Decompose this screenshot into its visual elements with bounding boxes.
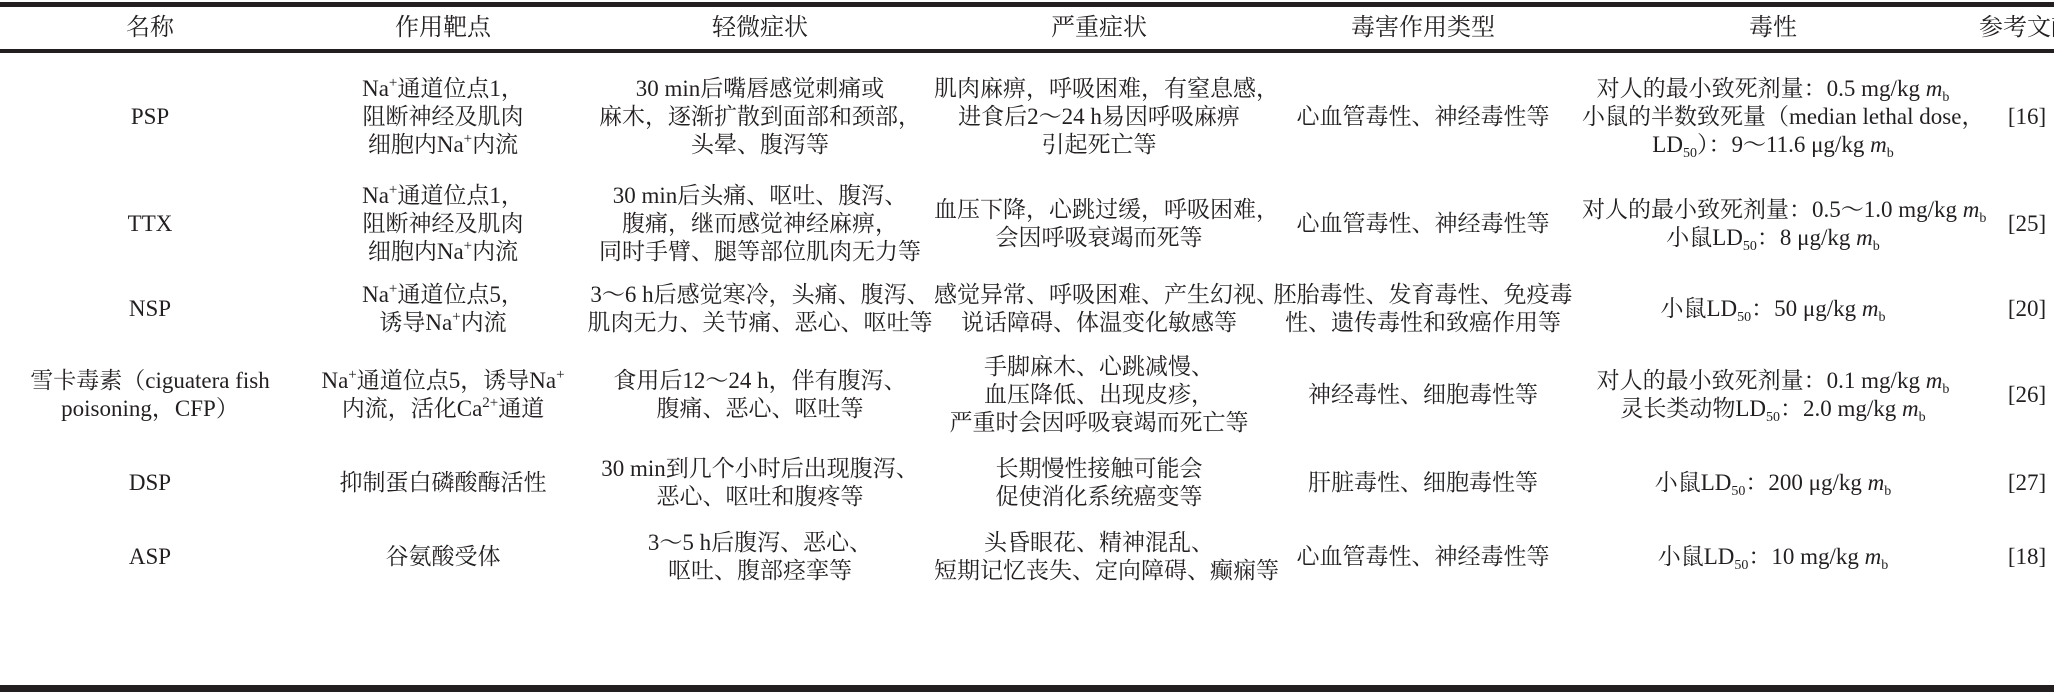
- cell-line: 腹痛，继而感觉神经麻痹，: [586, 210, 934, 238]
- cell-toxicity: 小鼠LD50：50 μg/kg mb: [1582, 273, 1964, 345]
- cell-line: 促使消化系统癌变等: [934, 483, 1264, 511]
- cell-line: 灵长类动物LD50：2.0 mg/kg mb: [1582, 395, 1964, 423]
- cell-line: 麻木，逐渐扩散到面部和颈部，: [586, 103, 934, 131]
- cell-line: 3～5 h后腹泻、恶心、: [586, 529, 934, 557]
- cell-line: 腹痛、恶心、呕吐等: [586, 395, 934, 423]
- table-header: 名称 作用靶点 轻微症状 严重症状 毒害作用类型 毒性 参考文献: [0, 7, 2054, 49]
- cell-reference: [18]: [1964, 521, 2054, 593]
- cell-line: 30 min到几个小时后出现腹泻、: [586, 455, 934, 483]
- cell-line: 说话障碍、体温变化敏感等: [934, 309, 1264, 337]
- cell-line: 心血管毒性、神经毒性等: [1264, 543, 1582, 571]
- cell-toxic-type: 心血管毒性、神经毒性等: [1264, 59, 1582, 175]
- cell-line: 肌肉麻痹，呼吸困难，有窒息感，: [934, 75, 1264, 103]
- header-row: 名称 作用靶点 轻微症状 严重症状 毒害作用类型 毒性 参考文献: [0, 7, 2054, 49]
- cell-mild-symptoms: 30 min到几个小时后出现腹泻、恶心、呕吐和腹疼等: [586, 445, 934, 521]
- cell-line: 雪卡毒素（ciguatera fish: [0, 367, 300, 395]
- cell-toxic-type: 心血管毒性、神经毒性等: [1264, 521, 1582, 593]
- cell-name: 雪卡毒素（ciguatera fishpoisoning，CFP）: [0, 345, 300, 445]
- cell-severe-symptoms: 肌肉麻痹，呼吸困难，有窒息感，进食后2～24 h易因呼吸麻痹引起死亡等: [934, 59, 1264, 175]
- cell-line: 肌肉无力、关节痛、恶心、呕吐等: [586, 309, 934, 337]
- cell-line: 严重时会因呼吸衰竭而死亡等: [934, 409, 1264, 437]
- cell-line: 阻断神经及肌肉: [300, 210, 586, 238]
- cell-line: 心血管毒性、神经毒性等: [1264, 210, 1582, 238]
- cell-mild-symptoms: 30 min后嘴唇感觉刺痛或麻木，逐渐扩散到面部和颈部，头晕、腹泻等: [586, 59, 934, 175]
- cell-line: poisoning，CFP）: [0, 395, 300, 423]
- col-header-toxicity: 毒性: [1582, 7, 1964, 49]
- cell-line: 3～6 h后感觉寒冷，头痛、腹泻、: [586, 281, 934, 309]
- cell-line: Na+通道位点1，: [300, 182, 586, 210]
- cell-name: PSP: [0, 59, 300, 175]
- cell-line: 抑制蛋白磷酸酶活性: [300, 469, 586, 497]
- cell-name: DSP: [0, 445, 300, 521]
- cell-line: 会因呼吸衰竭而死等: [934, 224, 1264, 252]
- cell-toxic-type: 心血管毒性、神经毒性等: [1264, 175, 1582, 273]
- cell-line: 血压降低、出现皮疹，: [934, 381, 1264, 409]
- cell-mild-symptoms: 3～6 h后感觉寒冷，头痛、腹泻、肌肉无力、关节痛、恶心、呕吐等: [586, 273, 934, 345]
- cell-line: 进食后2～24 h易因呼吸麻痹: [934, 103, 1264, 131]
- cell-line: 心血管毒性、神经毒性等: [1264, 103, 1582, 131]
- cell-line: 对人的最小致死剂量：0.5～1.0 mg/kg mb: [1582, 196, 1964, 224]
- cell-line: PSP: [0, 103, 300, 131]
- cell-line: ASP: [0, 543, 300, 571]
- cell-line: Na+通道位点5，: [300, 281, 586, 309]
- cell-line: 短期记忆丧失、定向障碍、癫痫等: [934, 557, 1264, 585]
- cell-severe-symptoms: 感觉异常、呼吸困难、产生幻视、说话障碍、体温变化敏感等: [934, 273, 1264, 345]
- cell-line: Na+通道位点5，诱导Na+: [300, 367, 586, 395]
- cell-line: 手脚麻木、心跳减慢、: [934, 353, 1264, 381]
- cell-line: 胚胎毒性、发育毒性、免疫毒: [1264, 281, 1582, 309]
- cell-target: Na+通道位点1，阻断神经及肌肉细胞内Na+内流: [300, 175, 586, 273]
- cell-target: 谷氨酸受体: [300, 521, 586, 593]
- col-header-reference: 参考文献: [1964, 7, 2054, 49]
- col-header-target: 作用靶点: [300, 7, 586, 49]
- table-row: NSPNa+通道位点5，诱导Na+内流3～6 h后感觉寒冷，头痛、腹泻、肌肉无力…: [0, 273, 2054, 345]
- cell-toxicity: 对人的最小致死剂量：0.5 mg/kg mb小鼠的半数致死量（median le…: [1582, 59, 1964, 175]
- cell-line: 内流，活化Ca2+通道: [300, 395, 586, 423]
- cell-toxicity: 小鼠LD50：200 μg/kg mb: [1582, 445, 1964, 521]
- cell-line: TTX: [0, 210, 300, 238]
- cell-line: Na+通道位点1，: [300, 75, 586, 103]
- cell-reference: [26]: [1964, 345, 2054, 445]
- cell-line: 细胞内Na+内流: [300, 131, 586, 159]
- cell-target: Na+通道位点5，诱导Na+内流，活化Ca2+通道: [300, 345, 586, 445]
- cell-line: 对人的最小致死剂量：0.1 mg/kg mb: [1582, 367, 1964, 395]
- cell-line: 性、遗传毒性和致癌作用等: [1264, 309, 1582, 337]
- cell-severe-symptoms: 长期慢性接触可能会促使消化系统癌变等: [934, 445, 1264, 521]
- cell-line: 呕吐、腹部痉挛等: [586, 557, 934, 585]
- cell-line: 阻断神经及肌肉: [300, 103, 586, 131]
- cell-line: 神经毒性、细胞毒性等: [1264, 381, 1582, 409]
- cell-reference: [27]: [1964, 445, 2054, 521]
- cell-line: 恶心、呕吐和腹疼等: [586, 483, 934, 511]
- table-bottom-rule: [0, 685, 2054, 692]
- cell-line: 小鼠LD50：8 μg/kg mb: [1582, 224, 1964, 252]
- cell-line: 引起死亡等: [934, 131, 1264, 159]
- table-row: DSP抑制蛋白磷酸酶活性30 min到几个小时后出现腹泻、恶心、呕吐和腹疼等长期…: [0, 445, 2054, 521]
- cell-target: Na+通道位点5，诱导Na+内流: [300, 273, 586, 345]
- cell-severe-symptoms: 头昏眼花、精神混乱、短期记忆丧失、定向障碍、癫痫等: [934, 521, 1264, 593]
- cell-line: [18]: [1964, 543, 2054, 571]
- cell-line: 感觉异常、呼吸困难、产生幻视、: [934, 281, 1264, 309]
- table-row: ASP谷氨酸受体3～5 h后腹泻、恶心、呕吐、腹部痉挛等头昏眼花、精神混乱、短期…: [0, 521, 2054, 593]
- cell-reference: [25]: [1964, 175, 2054, 273]
- cell-line: 谷氨酸受体: [300, 543, 586, 571]
- cell-line: 诱导Na+内流: [300, 309, 586, 337]
- cell-mild-symptoms: 3～5 h后腹泻、恶心、呕吐、腹部痉挛等: [586, 521, 934, 593]
- col-header-name: 名称: [0, 7, 300, 49]
- cell-name: ASP: [0, 521, 300, 593]
- table-row: 雪卡毒素（ciguatera fishpoisoning，CFP）Na+通道位点…: [0, 345, 2054, 445]
- cell-severe-symptoms: 血压下降，心跳过缓，呼吸困难，会因呼吸衰竭而死等: [934, 175, 1264, 273]
- cell-line: 头昏眼花、精神混乱、: [934, 529, 1264, 557]
- cell-line: 食用后12～24 h，伴有腹泻、: [586, 367, 934, 395]
- cell-name: NSP: [0, 273, 300, 345]
- cell-toxic-type: 肝脏毒性、细胞毒性等: [1264, 445, 1582, 521]
- cell-line: [26]: [1964, 381, 2054, 409]
- table-row: TTXNa+通道位点1，阻断神经及肌肉细胞内Na+内流30 min后头痛、呕吐、…: [0, 175, 2054, 273]
- cell-toxicity: 对人的最小致死剂量：0.5～1.0 mg/kg mb小鼠LD50：8 μg/kg…: [1582, 175, 1964, 273]
- cell-mild-symptoms: 食用后12～24 h，伴有腹泻、腹痛、恶心、呕吐等: [586, 345, 934, 445]
- cell-target: Na+通道位点1，阻断神经及肌肉细胞内Na+内流: [300, 59, 586, 175]
- cell-line: 30 min后头痛、呕吐、腹泻、: [586, 182, 934, 210]
- cell-line: 细胞内Na+内流: [300, 238, 586, 266]
- col-header-severe-symptoms: 严重症状: [934, 7, 1264, 49]
- col-header-mild-symptoms: 轻微症状: [586, 7, 934, 49]
- cell-line: 小鼠LD50：50 μg/kg mb: [1582, 295, 1964, 323]
- cell-toxicity: 对人的最小致死剂量：0.1 mg/kg mb灵长类动物LD50：2.0 mg/k…: [1582, 345, 1964, 445]
- cell-line: [27]: [1964, 469, 2054, 497]
- cell-line: 对人的最小致死剂量：0.5 mg/kg mb: [1582, 75, 1964, 103]
- cell-reference: [20]: [1964, 273, 2054, 345]
- col-header-toxic-type: 毒害作用类型: [1264, 7, 1582, 49]
- cell-line: DSP: [0, 469, 300, 497]
- table-body: PSPNa+通道位点1，阻断神经及肌肉细胞内Na+内流30 min后嘴唇感觉刺痛…: [0, 49, 2054, 593]
- cell-line: 小鼠LD50：200 μg/kg mb: [1582, 469, 1964, 497]
- toxin-table: 名称 作用靶点 轻微症状 严重症状 毒害作用类型 毒性 参考文献 PSPNa+通…: [0, 7, 2054, 593]
- cell-line: NSP: [0, 295, 300, 323]
- cell-line: LD50）：9～11.6 μg/kg mb: [1582, 131, 1964, 159]
- cell-line: 小鼠的半数致死量（median lethal dose，: [1582, 103, 1964, 131]
- cell-line: 血压下降，心跳过缓，呼吸困难，: [934, 196, 1264, 224]
- cell-line: 30 min后嘴唇感觉刺痛或: [586, 75, 934, 103]
- cell-line: 肝脏毒性、细胞毒性等: [1264, 469, 1582, 497]
- cell-line: 小鼠LD50：10 mg/kg mb: [1582, 543, 1964, 571]
- cell-target: 抑制蛋白磷酸酶活性: [300, 445, 586, 521]
- cell-name: TTX: [0, 175, 300, 273]
- cell-line: [20]: [1964, 295, 2054, 323]
- cell-line: 长期慢性接触可能会: [934, 455, 1264, 483]
- cell-toxic-type: 胚胎毒性、发育毒性、免疫毒性、遗传毒性和致癌作用等: [1264, 273, 1582, 345]
- cell-severe-symptoms: 手脚麻木、心跳减慢、血压降低、出现皮疹，严重时会因呼吸衰竭而死亡等: [934, 345, 1264, 445]
- table-row: PSPNa+通道位点1，阻断神经及肌肉细胞内Na+内流30 min后嘴唇感觉刺痛…: [0, 59, 2054, 175]
- cell-toxic-type: 神经毒性、细胞毒性等: [1264, 345, 1582, 445]
- cell-mild-symptoms: 30 min后头痛、呕吐、腹泻、腹痛，继而感觉神经麻痹，同时手臂、腿等部位肌肉无…: [586, 175, 934, 273]
- cell-line: 头晕、腹泻等: [586, 131, 934, 159]
- cell-line: 同时手臂、腿等部位肌肉无力等: [586, 238, 934, 266]
- cell-toxicity: 小鼠LD50：10 mg/kg mb: [1582, 521, 1964, 593]
